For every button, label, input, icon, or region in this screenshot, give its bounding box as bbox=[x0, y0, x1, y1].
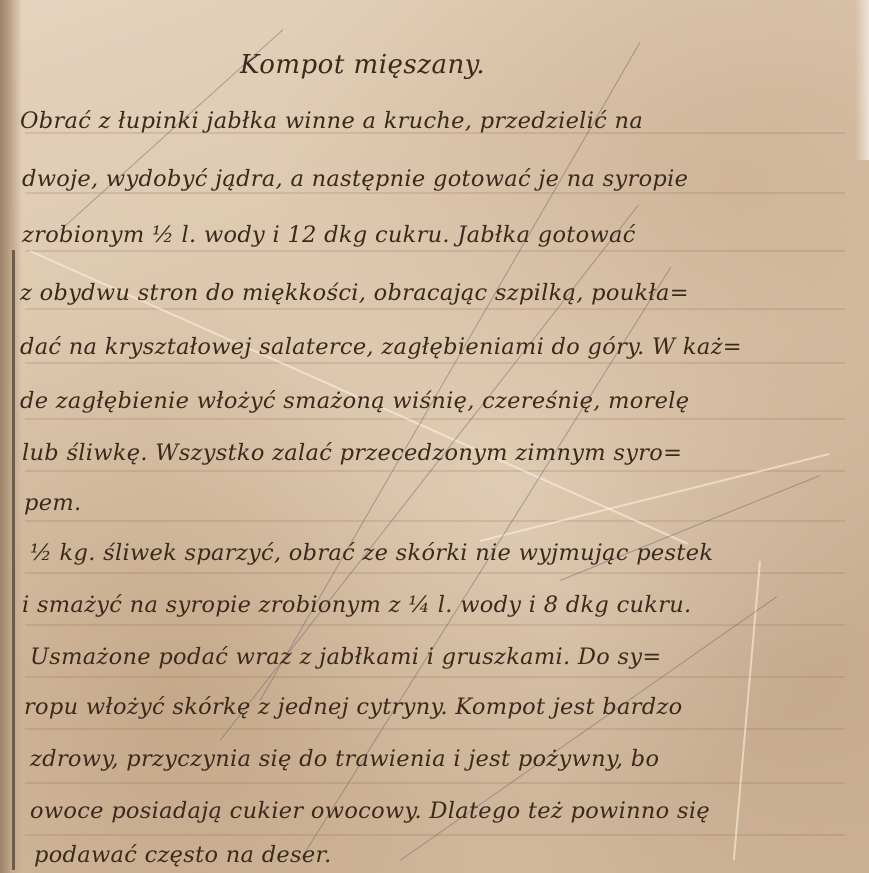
ruled-line bbox=[25, 520, 845, 522]
text-line: dać na kryształowej salaterce, zagłębien… bbox=[20, 334, 742, 360]
text-line: Usmażone podać wraz z jabłkami i gruszka… bbox=[30, 644, 662, 670]
ruled-line bbox=[25, 362, 845, 364]
margin-shadow bbox=[12, 250, 15, 870]
ruled-line bbox=[25, 782, 845, 784]
paper-crease bbox=[733, 561, 761, 860]
ruled-line bbox=[25, 418, 845, 420]
ruled-line bbox=[25, 572, 845, 574]
text-line: de zagłębienie włożyć smażoną wiśnię, cz… bbox=[20, 388, 689, 414]
text-line: i smażyć na syropie zrobionym z ¼ l. wod… bbox=[22, 592, 692, 618]
text-line: owoce posiadają cukier owocowy. Dlatego … bbox=[30, 798, 710, 824]
recipe-title: Kompot mięszany. bbox=[240, 50, 485, 80]
ruled-line bbox=[25, 308, 845, 310]
ruled-line bbox=[25, 728, 845, 730]
text-line: podawać często na deser. bbox=[34, 842, 332, 868]
text-line: ½ kg. śliwek sparzyć, obrać ze skórki ni… bbox=[30, 540, 713, 566]
torn-right-edge bbox=[855, 0, 869, 160]
text-line: ropu włożyć skórkę z jednej cytryny. Kom… bbox=[24, 694, 682, 720]
text-line: lub śliwkę. Wszystko zalać przecedzonym … bbox=[22, 440, 682, 466]
ruled-line bbox=[25, 676, 845, 678]
ruled-line bbox=[25, 470, 845, 472]
text-line: z obydwu stron do miękkości, obracając s… bbox=[20, 280, 689, 306]
ruled-line bbox=[25, 192, 845, 194]
torn-left-edge bbox=[0, 0, 22, 873]
text-line: zdrowy, przyczynia się do trawienia i je… bbox=[30, 746, 659, 772]
ruled-line bbox=[25, 250, 845, 252]
text-line: dwoje, wydobyć jądra, a następnie gotowa… bbox=[22, 166, 688, 192]
handwritten-page: Kompot mięszany. Obrać z łupinki jabłka … bbox=[0, 0, 869, 873]
text-line: Obrać z łupinki jabłka winne a kruche, p… bbox=[20, 108, 643, 134]
ruled-line bbox=[25, 624, 845, 626]
text-line: zrobionym ½ l. wody i 12 dkg cukru. Jabł… bbox=[22, 222, 636, 248]
text-line: pem. bbox=[24, 490, 81, 516]
